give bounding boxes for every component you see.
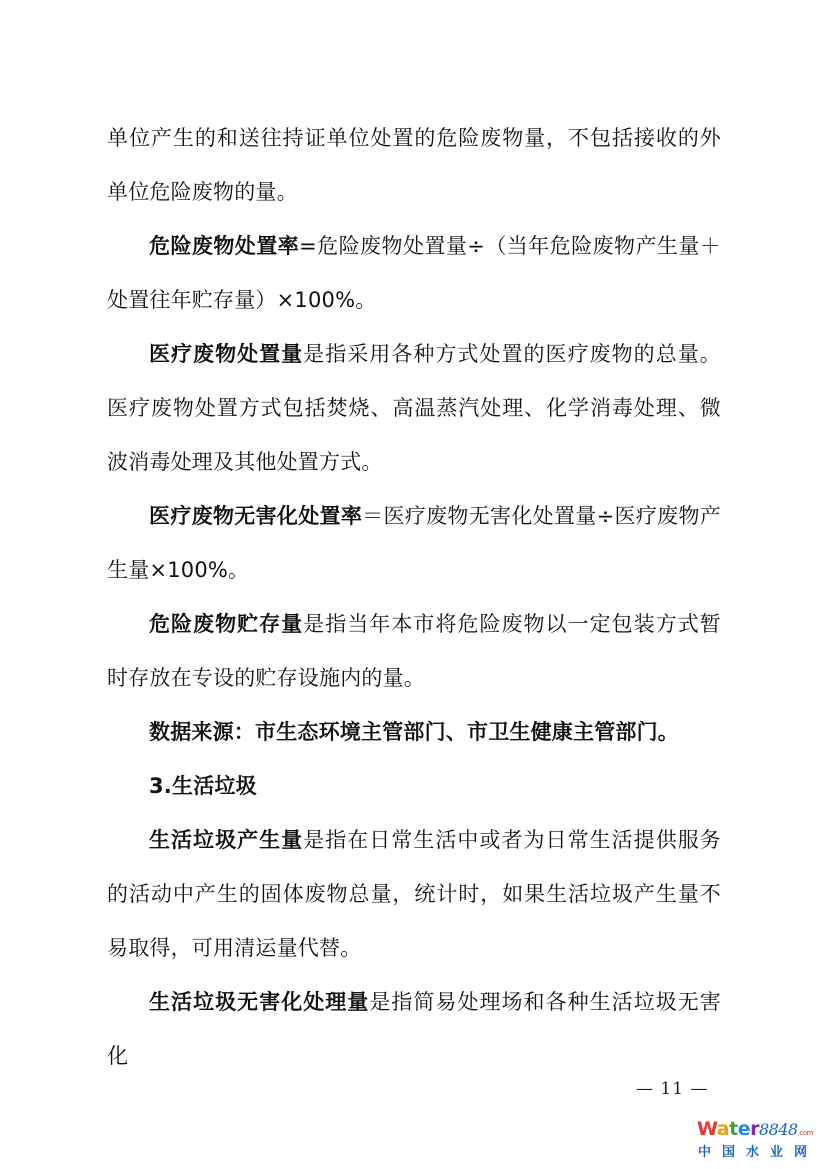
term-hazardous-waste-storage: 危险废物贮存量 [149, 612, 303, 636]
section-heading-household-waste: 3.生活垃圾 [149, 759, 721, 813]
data-source-text: 数据来源：市生态环境主管部门、市卫生健康主管部门。 [149, 720, 679, 744]
paragraph-household-waste-harmless-treatment: 生活垃圾无害化处理量是指简易处理场和各种生活垃圾无害化 [107, 975, 721, 1083]
watermark-chinese-name: 中国水业网 [697, 1143, 823, 1163]
watermark-logo: Water8848.com 中国水业网 [697, 1119, 823, 1165]
paragraph-medical-waste-disposal-volume: 医疗废物处置量是指采用各种方式处置的医疗废物的总量。医疗废物处置方式包括焚烧、高… [107, 327, 721, 489]
paragraph-household-waste-generation: 生活垃圾产生量是指在日常生活中或者为日常生活提供服务的活动中产生的固体废物总量，… [107, 813, 721, 975]
term-household-waste-generation: 生活垃圾产生量 [149, 828, 303, 852]
brand-letter: r [750, 1118, 759, 1140]
term-medical-waste-harmless-rate: 医疗废物无害化处置率 [149, 504, 362, 528]
document-page: 单位产生的和送往持证单位处置的危险废物量，不包括接收的外单位危险废物的量。 危险… [0, 0, 826, 1169]
watermark-brand: Water8848.com [697, 1119, 823, 1143]
paragraph-text: 单位产生的和送往持证单位处置的危险废物量，不包括接收的外单位危险废物的量。 [107, 126, 721, 204]
paragraph-hazardous-waste-disposal-rate: 危险废物处置率=危险废物处置量÷（当年危险废物产生量＋处置往年贮存量）×100%… [107, 219, 721, 327]
brand-number: 8848 [759, 1120, 798, 1139]
section-heading-text: 3.生活垃圾 [149, 774, 257, 798]
page-number: — 11 — [636, 1079, 708, 1099]
brand-letter: t [729, 1118, 738, 1140]
term-medical-waste-disposal-volume: 医疗废物处置量 [149, 342, 303, 366]
brand-letter: a [717, 1118, 729, 1140]
brand-letter: e [738, 1118, 750, 1140]
term-household-waste-harmless-treatment: 生活垃圾无害化处理量 [149, 990, 369, 1014]
brand-letter: W [697, 1118, 717, 1140]
paragraph-medical-waste-harmless-rate: 医疗废物无害化处置率＝医疗废物无害化处置量÷医疗废物产生量×100%。 [107, 489, 721, 597]
term-hazardous-waste-disposal-rate: 危险废物处置率 [149, 234, 299, 258]
paragraph-data-source: 数据来源：市生态环境主管部门、市卫生健康主管部门。 [149, 705, 721, 759]
paragraph-hazardous-waste-volume-continued: 单位产生的和送往持证单位处置的危险废物量，不包括接收的外单位危险废物的量。 [107, 111, 721, 219]
paragraph-hazardous-waste-storage: 危险废物贮存量是指当年本市将危险废物以一定包装方式暂时存放在专设的贮存设施内的量… [107, 597, 721, 705]
brand-suffix: .com [798, 1129, 813, 1137]
